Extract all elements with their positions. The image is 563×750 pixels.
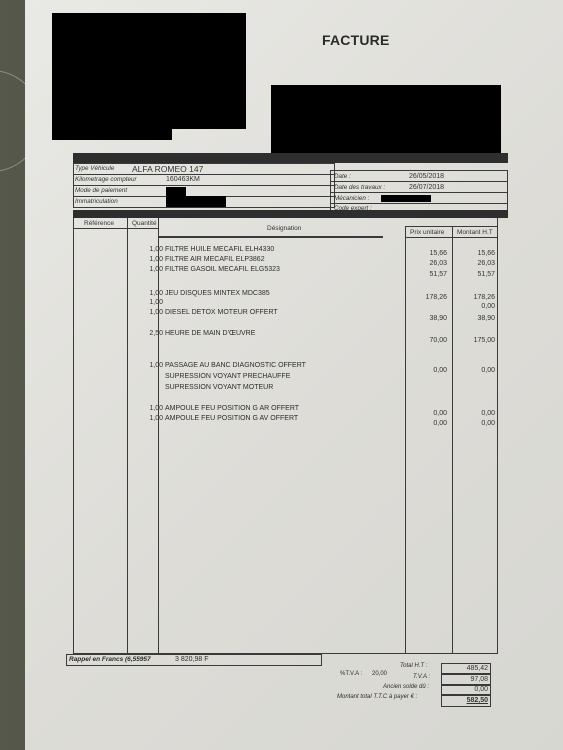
line-amount-ht: 0,00 [452,367,495,374]
ancien-solde-label: Ancien solde dû : [383,684,429,690]
rappel-label: Rappel en Francs (6,55957 [69,656,151,663]
line-designation: HEURE DE MAIN D'ŒUVRE [165,330,255,337]
col-designation: Désignation [267,225,301,232]
col-prix-unitaire: Prix unitaire [410,229,444,236]
line-amount-ht: 0,00 [452,303,495,310]
redacted-company-block-tail [52,120,172,140]
line-designation: FILTRE AIR MECAFIL ELP3862 [165,256,265,263]
immatriculation-label: Immatriculation [75,198,118,205]
line-designation: SUPRESSION VOYANT MOTEUR [165,384,273,391]
line-quantity: 1,00 [130,266,163,273]
line-unit-price: 0,00 [405,410,447,417]
items-table [73,218,498,654]
line-quantity: 1,00 [130,362,163,369]
mecanicien-label: Mécanicien : [334,195,369,202]
line-designation: FILTRE HUILE MECAFIL ELH4330 [165,246,274,253]
tva-rate-label: %T.V.A : [340,671,362,677]
line-quantity: 1,00 [130,256,163,263]
document-title: FACTURE [322,32,390,48]
header-bar-top [73,153,508,163]
line-unit-price: 70,00 [405,337,447,344]
line-unit-price: 0,00 [405,420,447,427]
header-bar-bottom [73,210,508,218]
line-amount-ht: 38,90 [452,315,495,322]
line-amount-ht: 26,03 [452,260,495,267]
line-designation: DIESEL DETOX MOTEUR OFFERT [165,309,278,316]
kilometrage-label: Kilometrage compteur [75,176,137,183]
line-unit-price: 51,57 [405,271,447,278]
ttc-label: Montant total T.T.C à payer € : [337,694,417,700]
col-montant-ht: Montant H.T [457,229,493,236]
redacted-company-block [52,13,246,129]
tva-rate-value: 20,00 [372,671,387,677]
line-designation: AMPOULE FEU POSITION G AV OFFERT [165,415,298,422]
date-travaux-label: Date des travaux : [334,184,385,191]
date-travaux-value: 26/07/2018 [409,184,444,191]
total-ht-value: 485,42 [441,665,488,672]
tva-label: T.V.A : [413,674,430,680]
ttc-value: 582,50 [441,697,488,704]
line-quantity: 1,00 [130,415,163,422]
line-designation: JEU DISQUES MINTEX MDC385 [165,290,270,297]
line-amount-ht: 178,26 [452,294,495,301]
line-amount-ht: 15,66 [452,250,495,257]
line-unit-price: 38,90 [405,315,447,322]
col-reference: Référence [84,220,114,227]
line-amount-ht: 0,00 [452,420,495,427]
type-vehicule-label: Type Véhicule [75,165,114,172]
line-amount-ht: 0,00 [452,410,495,417]
redacted-mode-paiement [166,187,186,196]
kilometrage-value: 160463KM [166,176,200,183]
line-designation: AMPOULE FEU POSITION G AR OFFERT [165,405,299,412]
line-unit-price: 0,00 [405,367,447,374]
line-quantity: 1,00 [130,246,163,253]
date-value: 26/05/2018 [409,173,444,180]
line-quantity: 2,50 [130,330,163,337]
line-quantity: 1,00 [130,290,163,297]
line-designation: FILTRE GASOIL MECAFIL ELG5323 [165,266,280,273]
type-vehicule-value: ALFA ROMEO 147 [132,164,203,174]
line-unit-price: 15,66 [405,250,447,257]
redacted-mecanicien [381,195,431,202]
date-label: Date : [334,173,351,180]
tva-value: 97,08 [441,676,488,683]
line-designation: SUPRESSION VOYANT PRECHAUFFE [165,373,290,380]
line-quantity: 1,00 [130,309,163,316]
line-amount-ht: 51,57 [452,271,495,278]
line-amount-ht: 175,00 [452,337,495,344]
redacted-immatriculation [166,196,226,207]
rappel-value: 3 820,98 F [175,656,208,663]
line-quantity: 1,00 [130,405,163,412]
line-quantity: 1,00 [130,299,163,306]
line-unit-price: 178,26 [405,294,447,301]
redacted-client-block [271,85,501,153]
col-quantite: Quantité [132,220,157,227]
mode-paiement-label: Mode de paiement [75,187,127,194]
ancien-solde-value: 0,00 [441,686,488,693]
line-designation: PASSAGE AU BANC DIAGNOSTIC OFFERT [165,362,306,369]
total-ht-label: Total H.T : [400,663,427,669]
line-unit-price: 26,03 [405,260,447,267]
